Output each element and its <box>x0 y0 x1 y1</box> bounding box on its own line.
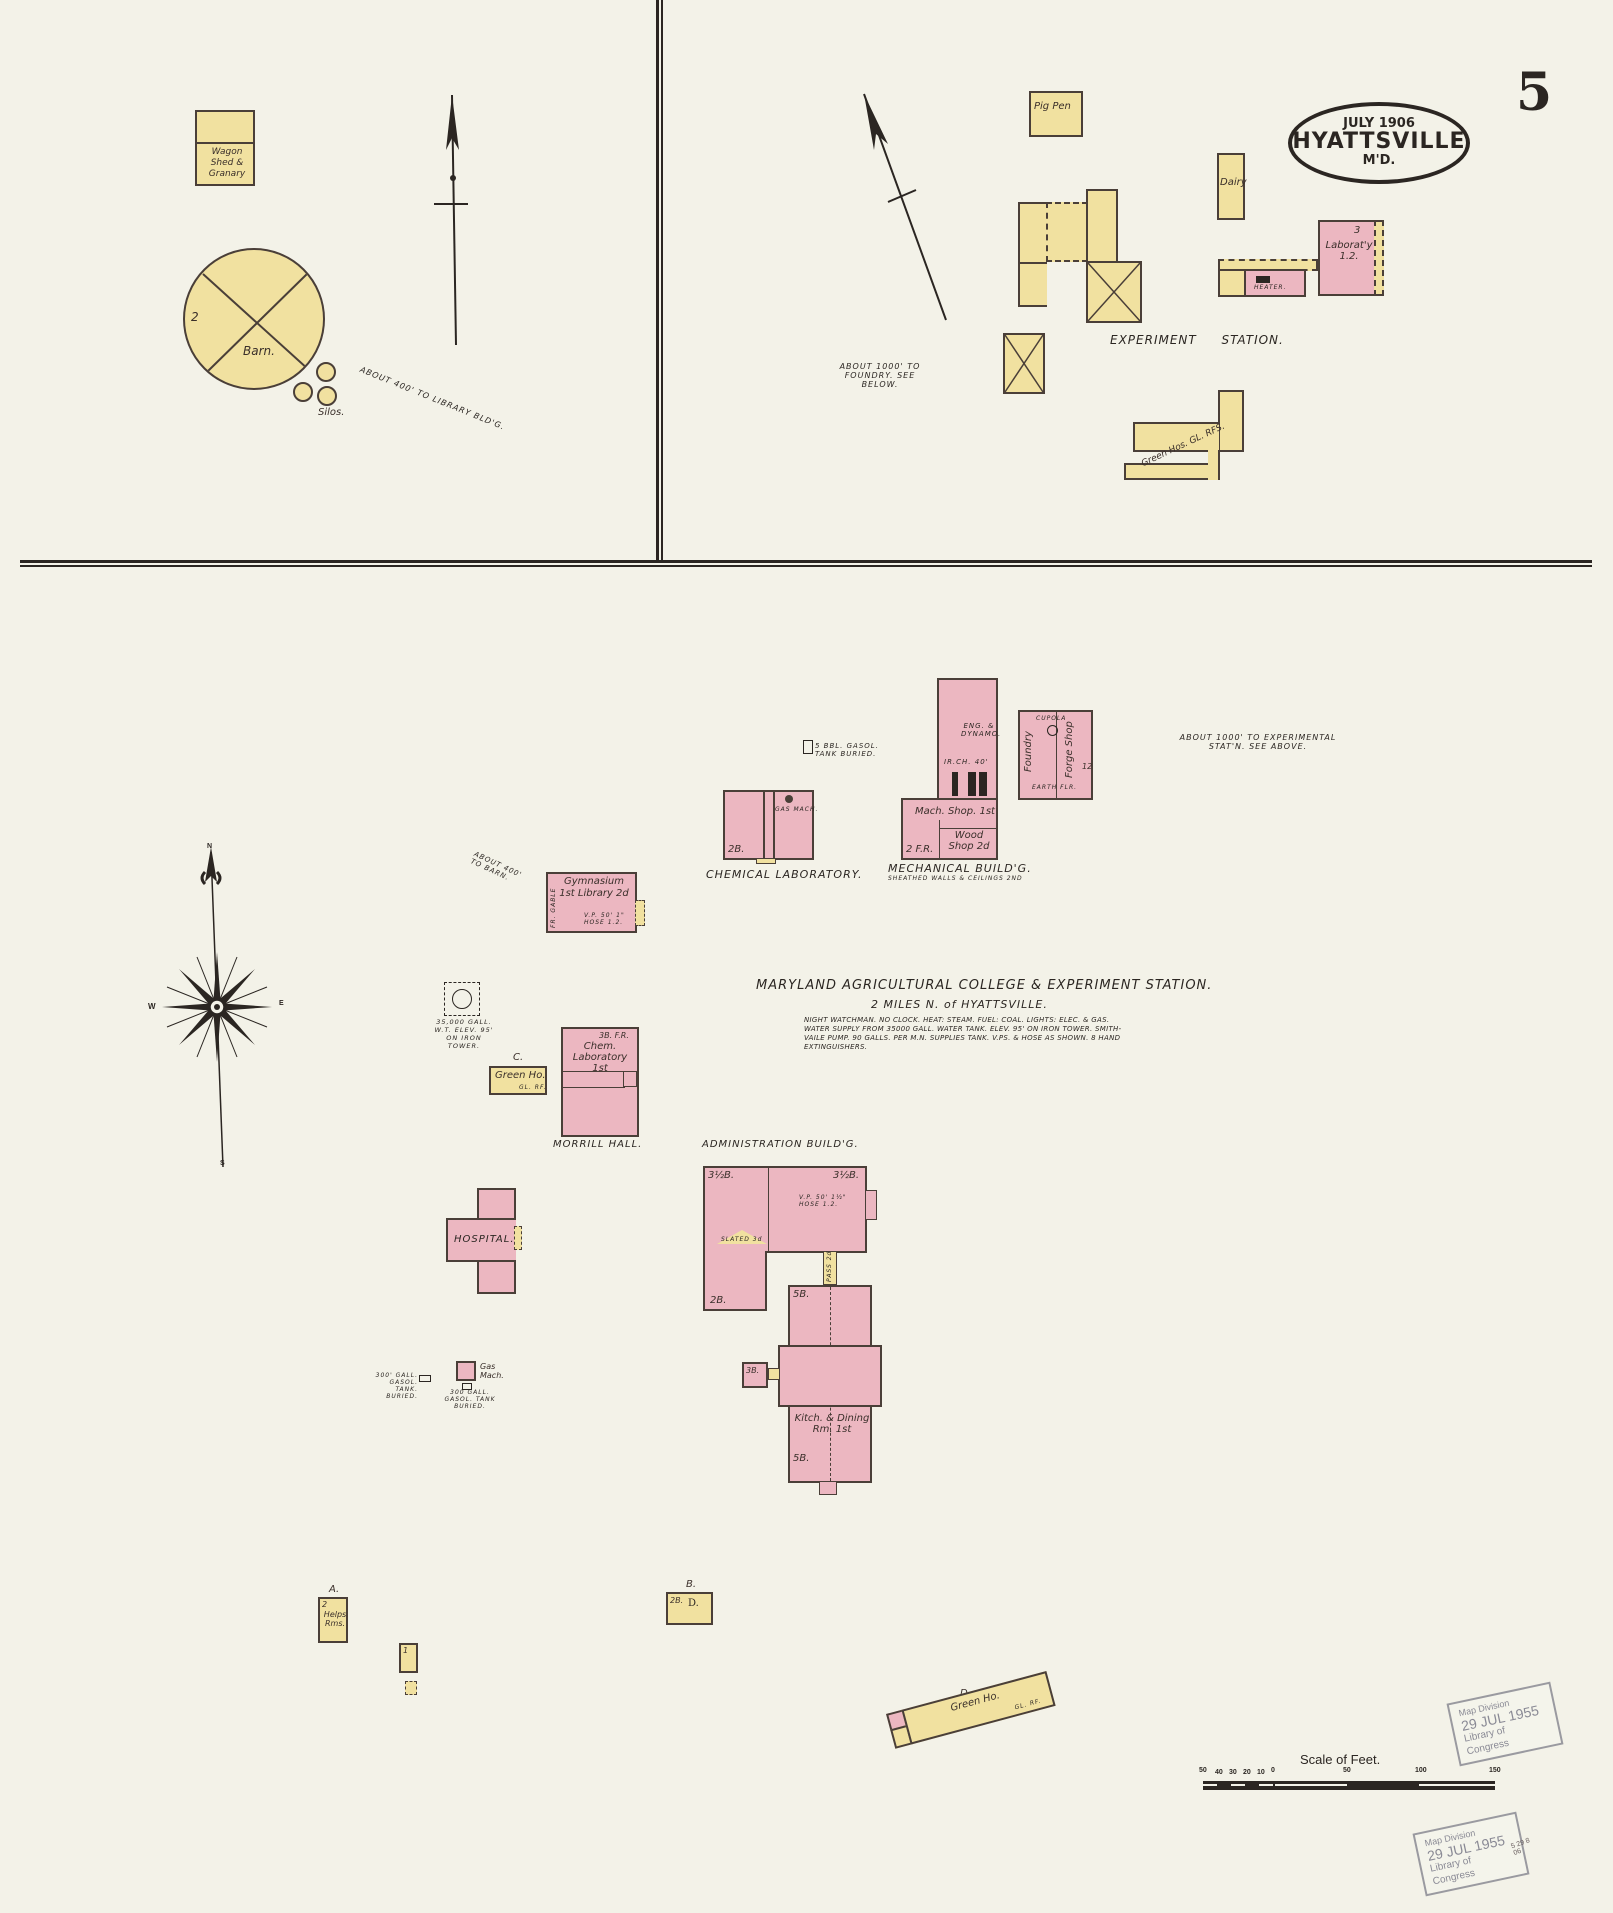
laboratory-stories: 3 <box>1354 225 1360 236</box>
helps-rooms-stories: 2 <box>322 1600 327 1609</box>
college-description: NIGHT WATCHMAN. NO CLOCK. HEAT: STEAM. F… <box>804 1016 1134 1052</box>
dwelling-b-stories: 2B. <box>670 1596 683 1605</box>
green-house-d[interactable]: Green Ho. GL. RF. <box>886 1671 1056 1749</box>
inset-divider-horizontal-2 <box>20 565 1592 567</box>
scale-tick: 50 <box>1343 1767 1351 1774</box>
kitchen-bottom-stories: 5B. <box>793 1453 809 1464</box>
experiment-barn-wing-left[interactable] <box>1018 202 1047 307</box>
silo[interactable] <box>293 382 313 402</box>
library-of-congress-stamp: Map Division 29 JUL 1955 Library of Cong… <box>1447 1682 1564 1767</box>
administration-building[interactable]: 3½B. 3½B. V.P. 50' 1½" HOSE 1.2. SLATED … <box>703 1166 867 1253</box>
barn-x-roof <box>1088 263 1140 321</box>
gas-machine-icon <box>785 795 793 803</box>
experiment-shed-open[interactable] <box>1046 202 1088 262</box>
chimney-label: IR.CH. 40' <box>944 758 989 766</box>
scale-tick: 10 <box>1257 1769 1265 1776</box>
compass-s: S <box>220 1160 225 1167</box>
compass-rose <box>145 842 285 1172</box>
gasol-tank-label-right: 300 GALL. GASOL. TANK BURIED. <box>440 1389 500 1410</box>
heater-label: HEATER. <box>1254 284 1287 291</box>
administration-side-porch[interactable] <box>865 1190 877 1220</box>
scale-tick: 30 <box>1229 1769 1237 1776</box>
compass-w: W <box>148 1002 156 1011</box>
chemical-laboratory[interactable]: GAS MACH. 2B. <box>723 790 814 860</box>
green-house-lower[interactable] <box>1124 463 1220 480</box>
helps-rooms-letter: A. <box>329 1584 339 1595</box>
experiment-barn-2-story[interactable] <box>1086 261 1142 323</box>
pig-pen-label: Pig Pen <box>1034 101 1071 112</box>
foundry-distance-note-main: ABOUT 1000' TO EXPERIMENTAL STAT'N. SEE … <box>1168 733 1348 751</box>
compass-e: E <box>279 1000 284 1007</box>
scale-title: Scale of Feet. <box>1300 1752 1380 1767</box>
experiment-barn-wing-right[interactable] <box>1086 189 1118 263</box>
green-house-c-roof: GL. RF. <box>519 1084 547 1091</box>
inset-divider-vertical <box>656 0 659 562</box>
college-subtitle: 2 MILES N. of HYATTSVILLE. <box>871 998 1048 1011</box>
earth-floor-label: EARTH FLR. <box>1032 784 1077 791</box>
title-town: HYATTSVILLE <box>1292 131 1466 153</box>
barn[interactable]: 2 Barn. <box>183 248 325 390</box>
kitchen-rear[interactable] <box>819 1481 837 1495</box>
hospital-wings[interactable]: HOSPITAL. <box>446 1218 516 1262</box>
title-state: M'D. <box>1292 153 1466 168</box>
gasol-tank-buried-left <box>419 1375 431 1382</box>
chemical-lab-porch[interactable] <box>756 858 776 864</box>
kitchen-top-stories: 5B. <box>793 1289 809 1300</box>
barn-label: Barn. <box>243 344 275 358</box>
hospital-porch[interactable] <box>514 1226 522 1250</box>
foundry-height: 12 <box>1082 762 1092 771</box>
stair-box <box>623 1071 637 1087</box>
heater-box <box>1256 276 1270 283</box>
admin-pass[interactable]: PASS 2d <box>823 1251 837 1285</box>
silo[interactable] <box>317 386 337 406</box>
kitchen-wc[interactable] <box>768 1368 780 1380</box>
morrill-hall-label: MORRILL HALL. <box>553 1139 642 1150</box>
laboratory-label: Laborat'y 1.2. <box>1323 240 1375 262</box>
administration-wing[interactable]: 2B. <box>703 1251 767 1311</box>
shed-x-roof <box>1005 335 1043 392</box>
green-house-connector <box>1208 450 1220 480</box>
boiler <box>952 772 958 796</box>
scale-tick: 40 <box>1215 1769 1223 1776</box>
chemical-lab-label: CHEMICAL LABORATORY. <box>706 868 863 881</box>
mechanical-building-sublabel: SHEATHED WALLS & CEILINGS 2ND <box>888 875 1023 882</box>
small-privy[interactable] <box>405 1681 417 1695</box>
barn-cross-lines <box>185 250 325 390</box>
scale-tick: 0 <box>1271 1767 1275 1774</box>
gymnasium-library[interactable]: Gymnasium 1st Library 2d V.P. 50' 1" HOS… <box>546 872 637 933</box>
experiment-shed-2-story[interactable] <box>1003 333 1045 394</box>
scale-tick: 50 <box>1199 1767 1207 1774</box>
administration-label: ADMINISTRATION BUILD'G. <box>702 1139 859 1150</box>
north-arrow-right <box>860 90 950 330</box>
morrill-hall[interactable]: 3B. F.R. Chem. Laboratory 1st <box>561 1027 639 1137</box>
gasol-tank-label-left: 300' GALL. GASOL. TANK. BURIED. <box>368 1372 418 1400</box>
dairy-label: Dairy <box>1220 177 1247 188</box>
scale-ticks: 50 40 30 20 10 0 50 100 150 <box>1199 1767 1504 1777</box>
barn-distance-note: ABOUT 400' TO BARN. <box>469 850 530 890</box>
laboratory-porch[interactable] <box>1374 220 1384 296</box>
boiler <box>979 772 987 796</box>
eng-dynamo-label: ENG. & DYNAMO. <box>961 722 997 738</box>
green-house-c-label: Green Ho. <box>495 1070 546 1081</box>
gas-machine-label: GAS MACH. <box>775 806 818 813</box>
compass-n: N <box>207 843 212 850</box>
gas-machine-house-label: Gas Mach. <box>480 1362 506 1380</box>
silo[interactable] <box>316 362 336 382</box>
gasol-tank-note: 5 BBL. GASOL. TANK BURIED. <box>815 742 879 758</box>
green-house-c-letter: C. <box>513 1052 523 1063</box>
gymnasium-porch[interactable] <box>635 900 645 926</box>
gasol-tank-small <box>803 740 813 754</box>
laboratory[interactable]: 3 Laborat'y 1.2. <box>1318 220 1376 296</box>
kitchen-side-room[interactable]: 3B. <box>742 1362 768 1388</box>
dwelling-b[interactable]: 2B. D. <box>666 1592 713 1625</box>
small-shed[interactable]: 1 <box>399 1643 418 1673</box>
kitchen-side-stories: 3B. <box>746 1366 759 1375</box>
helps-rooms-label: Helps Rms. <box>322 1610 348 1628</box>
foundry-label: Foundry <box>1023 731 1034 772</box>
mechanical-building-tower[interactable]: ENG. & DYNAMO. IR.CH. 40' <box>937 678 998 802</box>
dwelling-b-letter: B. <box>686 1579 696 1590</box>
green-house-c[interactable]: Green Ho. GL. RF. <box>489 1066 547 1095</box>
forge-shop-label: Forge Shop <box>1064 721 1075 778</box>
admin-vp: V.P. 50' 1½" HOSE 1.2. <box>799 1194 859 1208</box>
mechanical-building-shop[interactable]: Mach. Shop. 1st Wood Shop 2d 2 F.R. <box>901 798 998 860</box>
dairy[interactable]: Dairy <box>1217 153 1245 220</box>
green-house-d-body: Green Ho. GL. RF. <box>901 1671 1055 1745</box>
chemical-lab-stories: 2B. <box>728 844 744 855</box>
green-house-d-label: Green Ho. <box>949 1690 1001 1714</box>
scale-tick: 20 <box>1243 1769 1251 1776</box>
gymnasium-vp: V.P. 50' 1" HOSE 1.2. <box>584 912 634 926</box>
pig-pen[interactable]: Pig Pen <box>1029 91 1083 137</box>
gas-machine-house[interactable] <box>456 1361 476 1381</box>
barn-stories: 2 <box>191 310 199 324</box>
admin-stories-left: 3½B. <box>708 1170 734 1181</box>
green-house-d-roof: GL. RF. <box>1014 1697 1042 1711</box>
gable-label: FR. GABLE <box>550 888 557 928</box>
inset-divider-vertical-2 <box>661 0 663 562</box>
foundry-distance-note: ABOUT 1000' TO FOUNDRY. SEE BELOW. <box>825 362 935 389</box>
kitchen-cross-wing[interactable] <box>778 1345 882 1407</box>
north-arrow-left <box>434 90 474 350</box>
dwelling-b-label: D. <box>688 1598 699 1609</box>
boiler <box>968 772 976 796</box>
water-tower-label: 35,000 GALL. W.T. ELEV. 95' ON IRON TOWE… <box>430 1018 498 1050</box>
silos-label: Silos. <box>318 407 344 418</box>
helps-rooms[interactable]: 2 Helps Rms. <box>318 1597 348 1643</box>
water-tower[interactable] <box>444 982 480 1016</box>
foundry-forge-shop[interactable]: Foundry Forge Shop CUPOLA EARTH FLR. 12 <box>1018 710 1093 800</box>
admin-stories-right: 3½B. <box>833 1170 859 1181</box>
cupola-label: CUPOLA <box>1036 715 1066 722</box>
admin-pass-label: PASS 2d <box>826 1251 833 1282</box>
library-of-congress-stamp: Map Division 29 JUL 1955 Library of Cong… <box>1413 1812 1530 1897</box>
wood-shop-label: Wood Shop 2d <box>941 830 997 852</box>
library-distance-note: ABOUT 400' TO LIBRARY BLD'G. <box>359 365 507 432</box>
experiment-station-label: EXPERIMENT STATION. <box>1110 333 1284 347</box>
admin-bottom-stories: 2B. <box>710 1295 726 1306</box>
mechanical-building-label: MECHANICAL BUILD'G. <box>888 862 1032 875</box>
scale-tick: 150 <box>1489 1767 1501 1774</box>
heater-house[interactable]: HEATER. <box>1244 269 1306 297</box>
cupola-icon <box>1047 725 1058 736</box>
hospital-label: HOSPITAL. <box>454 1234 515 1245</box>
small-shed-stories: 1 <box>403 1646 408 1655</box>
gymnasium-label: Gymnasium 1st Library 2d <box>558 876 630 900</box>
mach-shop-label: Mach. Shop. 1st <box>915 806 995 817</box>
morrill-stories: 3B. F.R. <box>599 1031 629 1040</box>
college-title: MARYLAND AGRICULTURAL COLLEGE & EXPERIME… <box>756 978 1212 993</box>
kitchen-label: Kitch. & Dining Rm. 1st <box>794 1413 870 1435</box>
inset-divider-horizontal <box>20 560 1592 563</box>
tank-icon <box>452 989 472 1009</box>
laboratory-annex[interactable] <box>1218 269 1246 297</box>
mechanical-stories: 2 F.R. <box>906 844 933 855</box>
wagon-shed-granary[interactable]: Wagon Shed & Granary <box>195 110 255 186</box>
scale-tick: 100 <box>1415 1767 1427 1774</box>
title-cartouche: July 1906 HYATTSVILLE M'D. <box>1288 102 1470 184</box>
morrill-inner-label: Chem. Laboratory 1st <box>567 1041 633 1074</box>
wagon-shed-label: Wagon Shed & Granary <box>199 147 255 180</box>
scale-bar <box>1203 1781 1495 1790</box>
sheet-number: 5 <box>1516 62 1552 123</box>
slated-label: SLATED 3d <box>721 1236 762 1243</box>
